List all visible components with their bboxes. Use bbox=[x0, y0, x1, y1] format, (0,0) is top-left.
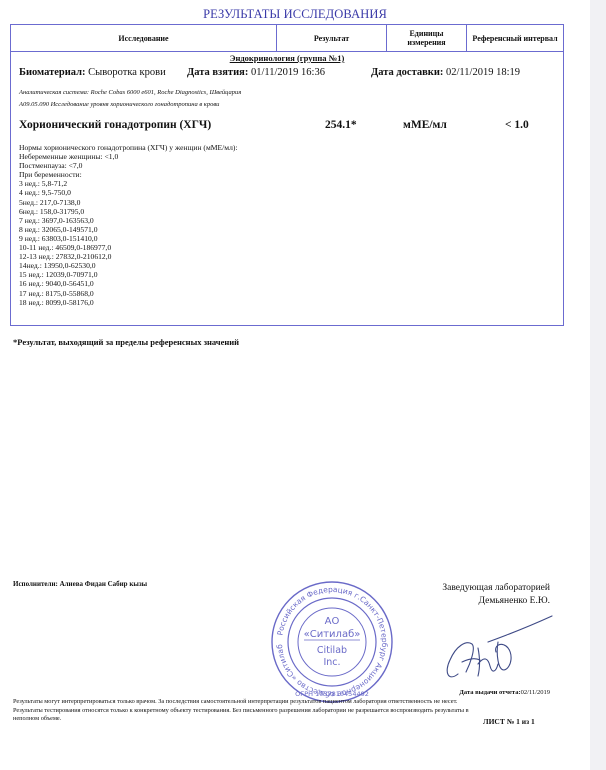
analysis-code: A09.05.090 Исследование уровня хориониче… bbox=[19, 101, 219, 108]
svg-text:Citilab: Citilab bbox=[317, 645, 347, 656]
norm-item: 12-13 нед.: 27832,0-210612,0 bbox=[19, 252, 238, 261]
norm-item: 14нед.: 13950,0-62530,0 bbox=[19, 261, 238, 270]
header-result: Результат bbox=[276, 25, 386, 51]
norms-title: Нормы хорионического гонадотропина (ХГЧ)… bbox=[19, 143, 238, 152]
section-title: Эндокринология (группа №1) bbox=[11, 53, 563, 63]
disclaimer-line: Результаты могут интерпретироваться толь… bbox=[13, 698, 473, 707]
issue-date: Дата выдачи отчета:02/11/2019 bbox=[459, 689, 550, 696]
header-test: Исследование bbox=[11, 25, 276, 51]
svg-text:ОГРН 1057810454492: ОГРН 1057810454492 bbox=[295, 690, 369, 698]
disclaimer-line: Результаты тестирования относятся только… bbox=[13, 707, 473, 724]
footnote: *Результат, выходящий за пределы референ… bbox=[13, 337, 239, 347]
disclaimer: Результаты могут интерпретироваться толь… bbox=[13, 698, 473, 724]
head-of-lab-title: Заведующая лабораторией bbox=[442, 582, 550, 595]
svg-text:«Ситилаб»: «Ситилаб» bbox=[304, 629, 361, 640]
performer: Исполнители: Алиева Фидан Сабир кызы bbox=[13, 580, 147, 588]
header-units: Единицы измерения bbox=[386, 25, 466, 51]
norm-item: Постменпауза: <7,0 bbox=[19, 161, 238, 170]
reference-interval: < 1.0 bbox=[505, 119, 529, 131]
norms-list: Нормы хорионического гонадотропина (ХГЧ)… bbox=[19, 143, 238, 307]
lab-stamp-icon: Российская Федерация г.Санкт-Петербург А… bbox=[262, 578, 402, 706]
biomaterial: Биоматериал: Сыворотка крови bbox=[19, 67, 166, 78]
norm-item: 15 нед.: 12039,0-70971,0 bbox=[19, 270, 238, 279]
norm-item: 4 нед.: 9,5-750,0 bbox=[19, 188, 238, 197]
date-delivered: Дата доставки: 02/11/2019 18:19 bbox=[371, 67, 520, 78]
analyzer-info: Аналитическая система: Roche Cobas 6000 … bbox=[19, 89, 241, 96]
result-units: мМЕ/мл bbox=[403, 119, 447, 131]
sheet-number: ЛИСТ № 1 из 1 bbox=[483, 717, 535, 726]
head-of-lab: Заведующая лабораторией Демьяненко Е.Ю. bbox=[442, 582, 550, 608]
results-table: Исследование Результат Единицы измерения… bbox=[10, 24, 564, 326]
table-header: Исследование Результат Единицы измерения… bbox=[11, 25, 563, 52]
head-of-lab-name: Демьяненко Е.Ю. bbox=[442, 595, 550, 608]
signature-icon bbox=[440, 612, 560, 687]
norm-item: 3 нед.: 5,8-71,2 bbox=[19, 179, 238, 188]
test-name: Хорионический гонадотропин (ХГЧ) bbox=[19, 119, 211, 131]
norm-item: При беременности: bbox=[19, 170, 238, 179]
date-taken: Дата взятия: 01/11/2019 16:36 bbox=[187, 67, 325, 78]
norm-item: Небеременные женщины: <1,0 bbox=[19, 152, 238, 161]
norm-item: 9 нед.: 63803,0-151410,0 bbox=[19, 234, 238, 243]
norm-item: 18 нед.: 8099,0-58176,0 bbox=[19, 298, 238, 307]
result-row: Хорионический гонадотропин (ХГЧ) 254.1* … bbox=[19, 119, 563, 135]
norm-item: 16 нед.: 9040,0-56451,0 bbox=[19, 279, 238, 288]
norm-item: 17 нед.: 8175,0-55868,0 bbox=[19, 289, 238, 298]
norm-item: 10-11 нед.: 46509,0-186977,0 bbox=[19, 243, 238, 252]
viewer-side-strip bbox=[590, 0, 606, 770]
result-value: 254.1* bbox=[325, 119, 357, 131]
svg-text:АО: АО bbox=[325, 616, 340, 627]
svg-text:Inc.: Inc. bbox=[323, 657, 340, 668]
document-title: РЕЗУЛЬТАТЫ ИССЛЕДОВАНИЯ bbox=[0, 7, 590, 22]
norm-item: 5нед.: 217,0-7138,0 bbox=[19, 198, 238, 207]
norm-item: 7 нед.: 3697,0-163563,0 bbox=[19, 216, 238, 225]
norm-item: 8 нед.: 32065,0-149571,0 bbox=[19, 225, 238, 234]
header-reference: Референсный интервал bbox=[466, 25, 563, 51]
norm-item: 6нед.: 158,0-31795,0 bbox=[19, 207, 238, 216]
